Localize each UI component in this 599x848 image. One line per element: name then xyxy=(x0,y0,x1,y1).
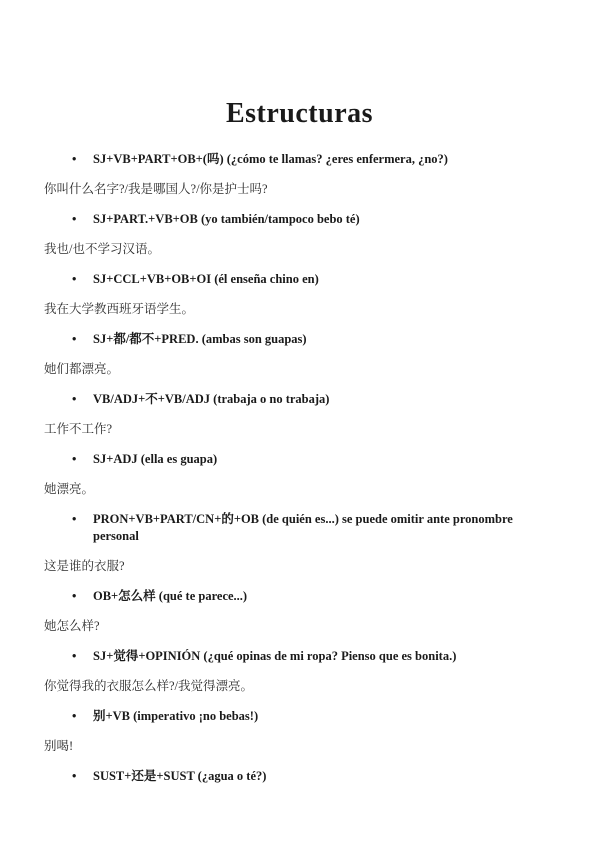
bullet-icon: • xyxy=(72,648,93,665)
entry: • SJ+VB+PART+OB+(吗) (¿cómo te llamas? ¿e… xyxy=(0,151,599,198)
document-content: • SJ+VB+PART+OB+(吗) (¿cómo te llamas? ¿e… xyxy=(0,130,599,785)
entry: • SUST+还是+SUST (¿agua o té?) xyxy=(0,768,599,785)
bullet-icon: • xyxy=(72,211,93,228)
example-text: 别喝! xyxy=(0,738,599,755)
structure-line: • 别+VB (imperativo ¡no bebas!) xyxy=(0,708,599,725)
structure-text: SJ+VB+PART+OB+(吗) (¿cómo te llamas? ¿ere… xyxy=(93,151,448,168)
entry: • SJ+觉得+OPINIÓN (¿qué opinas de mi ropa?… xyxy=(0,648,599,695)
structure-line: • OB+怎么样 (qué te parece...) xyxy=(0,588,599,605)
structure-line: • VB/ADJ+不+VB/ADJ (trabaja o no trabaja) xyxy=(0,391,599,408)
entry: • SJ+都/都不+PRED. (ambas son guapas) 她们都漂亮… xyxy=(0,331,599,378)
structure-line: • PRON+VB+PART/CN+的+OB (de quién es...) … xyxy=(0,511,599,545)
bullet-icon: • xyxy=(72,708,93,725)
entry: • OB+怎么样 (qué te parece...) 她怎么样? xyxy=(0,588,599,635)
example-text: 我在大学教西班牙语学生。 xyxy=(0,301,599,318)
structure-line: • SJ+ADJ (ella es guapa) xyxy=(0,451,599,468)
bullet-icon: • xyxy=(72,271,93,288)
structure-line: • SJ+CCL+VB+OB+OI (él enseña chino en) xyxy=(0,271,599,288)
structure-text: VB/ADJ+不+VB/ADJ (trabaja o no trabaja) xyxy=(93,391,329,408)
example-text: 她漂亮。 xyxy=(0,481,599,498)
example-text: 你叫什么名字?/我是哪国人?/你是护士吗? xyxy=(0,181,599,198)
entry: • SJ+ADJ (ella es guapa) 她漂亮。 xyxy=(0,451,599,498)
example-text: 她怎么样? xyxy=(0,618,599,635)
structure-line: • SJ+PART.+VB+OB (yo también/tampoco beb… xyxy=(0,211,599,228)
structure-text: 别+VB (imperativo ¡no bebas!) xyxy=(93,708,258,725)
document-page: Estructuras • SJ+VB+PART+OB+(吗) (¿cómo t… xyxy=(0,0,599,848)
structure-line: • SJ+都/都不+PRED. (ambas son guapas) xyxy=(0,331,599,348)
entry: • SJ+CCL+VB+OB+OI (él enseña chino en) 我… xyxy=(0,271,599,318)
example-text: 她们都漂亮。 xyxy=(0,361,599,378)
structure-line: • SJ+觉得+OPINIÓN (¿qué opinas de mi ropa?… xyxy=(0,648,599,665)
bullet-icon: • xyxy=(72,588,93,605)
structure-text: SUST+还是+SUST (¿agua o té?) xyxy=(93,768,266,785)
example-text: 这是谁的衣服? xyxy=(0,558,599,575)
bullet-icon: • xyxy=(72,768,93,785)
structure-text: PRON+VB+PART/CN+的+OB (de quién es...) se… xyxy=(93,511,549,545)
structure-text: SJ+ADJ (ella es guapa) xyxy=(93,451,217,468)
bullet-icon: • xyxy=(72,511,93,528)
structure-text: SJ+PART.+VB+OB (yo también/tampoco bebo … xyxy=(93,211,360,228)
example-text: 我也/也不学习汉语。 xyxy=(0,241,599,258)
structure-line: • SJ+VB+PART+OB+(吗) (¿cómo te llamas? ¿e… xyxy=(0,151,599,168)
example-text: 你觉得我的衣服怎么样?/我觉得漂亮。 xyxy=(0,678,599,695)
bullet-icon: • xyxy=(72,451,93,468)
entry: • SJ+PART.+VB+OB (yo también/tampoco beb… xyxy=(0,211,599,258)
entry: • PRON+VB+PART/CN+的+OB (de quién es...) … xyxy=(0,511,599,575)
bullet-icon: • xyxy=(72,331,93,348)
example-text: 工作不工作? xyxy=(0,421,599,438)
entry: • VB/ADJ+不+VB/ADJ (trabaja o no trabaja)… xyxy=(0,391,599,438)
entry: • 别+VB (imperativo ¡no bebas!) 别喝! xyxy=(0,708,599,755)
bullet-icon: • xyxy=(72,151,93,168)
structure-text: SJ+CCL+VB+OB+OI (él enseña chino en) xyxy=(93,271,319,288)
structure-text: SJ+都/都不+PRED. (ambas son guapas) xyxy=(93,331,307,348)
structure-text: SJ+觉得+OPINIÓN (¿qué opinas de mi ropa? P… xyxy=(93,648,456,665)
structure-line: • SUST+还是+SUST (¿agua o té?) xyxy=(0,768,599,785)
bullet-icon: • xyxy=(72,391,93,408)
structure-text: OB+怎么样 (qué te parece...) xyxy=(93,588,247,605)
page-title: Estructuras xyxy=(0,0,599,130)
